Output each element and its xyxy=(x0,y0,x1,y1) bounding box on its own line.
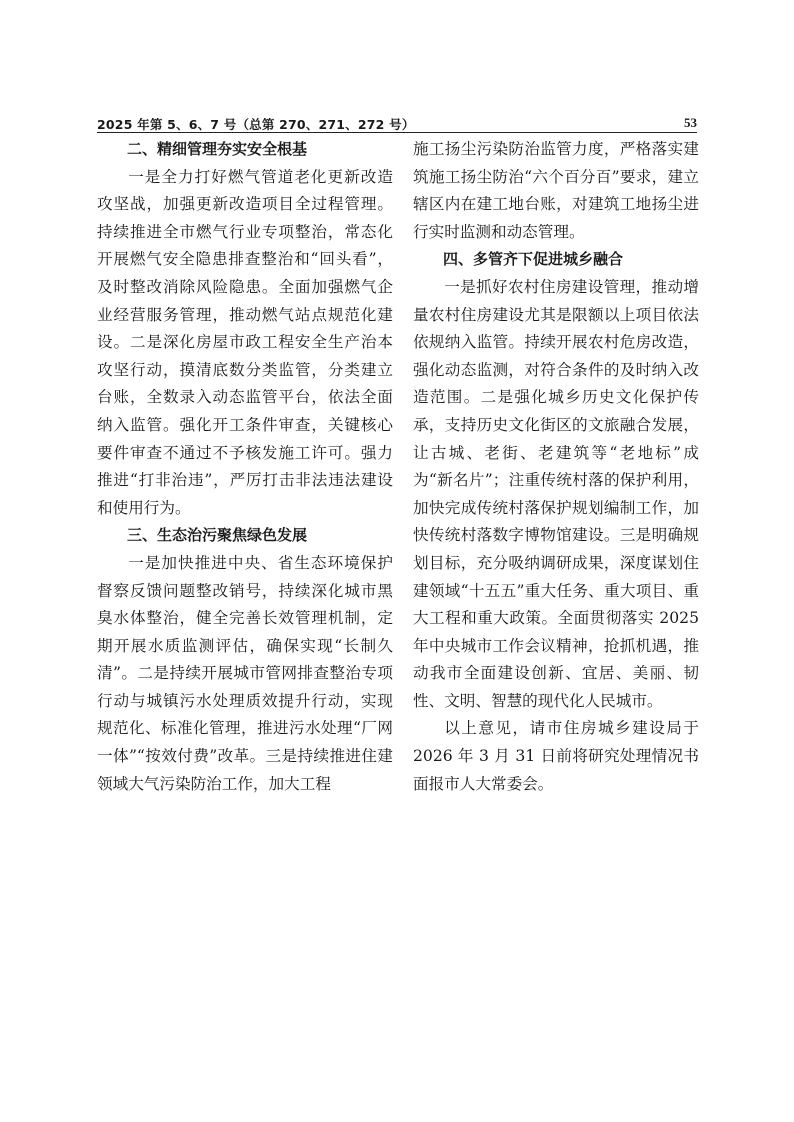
section-3-paragraph-continued: 施工扬尘污染防治监管力度，严格落实建筑施工扬尘防治“六个百分百”要求，建立辖区内… xyxy=(413,136,699,246)
section-2-heading: 二、精细管理夯实安全根基 xyxy=(97,136,393,164)
section-3-paragraph: 一是加快推进中央、省生态环境保护督察反馈问题整改销号，持续深化城市黑臭水体整治，… xyxy=(97,550,393,798)
issue-label: 2025 年第 5、6、7 号（总第 270、271、272 号） xyxy=(97,115,415,133)
section-4-heading: 四、多管齐下促进城乡融合 xyxy=(413,246,699,274)
closing-paragraph: 以上意见，请市住房城乡建设局于 2026 年 3 月 31 日前将研究处理情况书… xyxy=(413,715,699,798)
section-4-paragraph: 一是抓好农村住房建设管理，推动增量农村住房建设尤其是限额以上项目依法依规纳入监管… xyxy=(413,274,699,716)
section-3-heading: 三、生态治污聚焦绿色发展 xyxy=(97,522,393,550)
running-header: 2025 年第 5、6、7 号（总第 270、271、272 号） 53 xyxy=(97,115,697,133)
section-2-paragraph: 一是全力打好燃气管道老化更新改造攻坚战，加强更新改造项目全过程管理。持续推进全市… xyxy=(97,164,393,523)
page-number: 53 xyxy=(684,115,697,131)
right-column: 施工扬尘污染防治监管力度，严格落实建筑施工扬尘防治“六个百分百”要求，建立辖区内… xyxy=(413,136,699,798)
left-column: 二、精细管理夯实安全根基 一是全力打好燃气管道老化更新改造攻坚战，加强更新改造项… xyxy=(97,136,393,798)
